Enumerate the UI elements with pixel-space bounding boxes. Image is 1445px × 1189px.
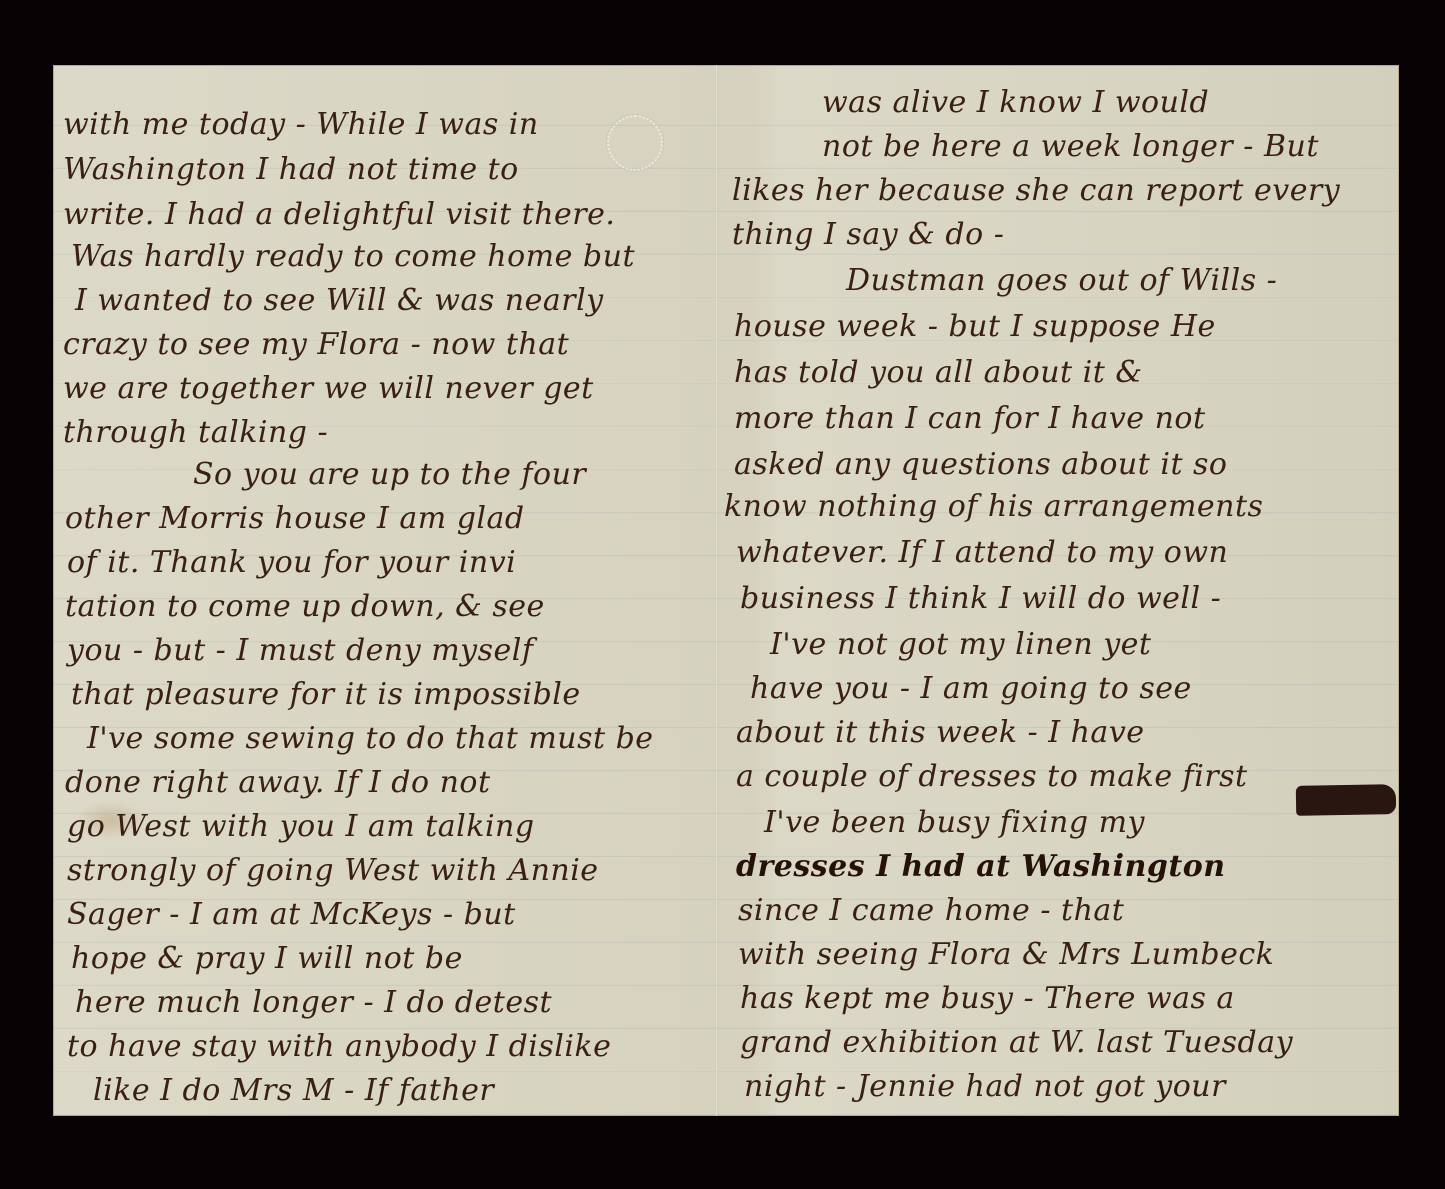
left-page: with me today - While I was in Washingto… xyxy=(53,65,715,1116)
right-line: night - Jennie had not got your xyxy=(744,1069,1226,1104)
right-line: with seeing Flora & Mrs Lumbeck xyxy=(738,937,1274,972)
left-line: other Morris house I am glad xyxy=(65,501,525,536)
left-line: to have stay with anybody I dislike xyxy=(67,1029,611,1064)
left-line: I've some sewing to do that must be xyxy=(87,721,654,756)
right-line: asked any questions about it so xyxy=(734,447,1228,482)
left-line: go West with you I am talking xyxy=(67,809,535,844)
left-line: you - but - I must deny myself xyxy=(67,633,533,668)
right-line: a couple of dresses to make first xyxy=(736,759,1248,794)
left-line: done right away. If I do not xyxy=(65,765,491,800)
right-line: about it this week - I have xyxy=(736,715,1145,750)
left-line: Was hardly ready to come home but xyxy=(71,239,635,274)
left-line: tation to come up down, & see xyxy=(65,589,545,624)
left-line: I wanted to see Will & was nearly xyxy=(75,283,604,318)
right-line: I've been busy fixing my xyxy=(764,805,1145,840)
right-line: likes her because she can report every xyxy=(732,173,1340,208)
left-line: crazy to see my Flora - now that xyxy=(63,327,569,362)
right-line: know nothing of his arrangements xyxy=(724,489,1263,524)
right-page: was alive I know I would not be here a w… xyxy=(718,65,1399,1116)
letter-sheet: with me today - While I was in Washingto… xyxy=(53,65,1399,1116)
left-line: strongly of going West with Annie xyxy=(67,853,599,888)
right-line: has told you all about it & xyxy=(734,355,1143,390)
right-line: thing I say & do - xyxy=(732,217,1004,252)
right-line: since I came home - that xyxy=(738,893,1124,928)
right-line: not be here a week longer - But xyxy=(822,129,1319,164)
right-line: house week - but I suppose He xyxy=(734,309,1216,344)
left-line: that pleasure for it is impossible xyxy=(71,677,581,712)
left-line: hope & pray I will not be xyxy=(71,941,463,976)
right-line: dresses I had at Washington xyxy=(736,849,1226,884)
left-line: through talking - xyxy=(63,415,328,450)
right-line: more than I can for I have not xyxy=(734,401,1206,436)
left-line: write. I had a delightful visit there. xyxy=(63,197,615,232)
left-line: we are together we will never get xyxy=(63,371,594,406)
right-line: I've not got my linen yet xyxy=(770,627,1151,662)
right-line: grand exhibition at W. last Tuesday xyxy=(740,1025,1293,1060)
right-line: was alive I know I would xyxy=(822,85,1209,120)
right-line: business I think I will do well - xyxy=(740,581,1221,616)
right-line: have you - I am going to see xyxy=(750,671,1192,706)
right-line: whatever. If I attend to my own xyxy=(736,535,1228,570)
left-line: Washington I had not time to xyxy=(63,152,519,187)
left-line: of it. Thank you for your invi xyxy=(67,545,516,580)
right-line: Dustman goes out of Wills - xyxy=(846,263,1277,298)
left-line: with me today - While I was in xyxy=(63,107,539,142)
right-line: has kept me busy - There was a xyxy=(740,981,1235,1016)
left-line: here much longer - I do detest xyxy=(75,985,552,1020)
left-line: like I do Mrs M - If father xyxy=(93,1073,494,1108)
left-line: So you are up to the four xyxy=(193,457,586,492)
left-line: Sager - I am at McKeys - but xyxy=(67,897,516,932)
